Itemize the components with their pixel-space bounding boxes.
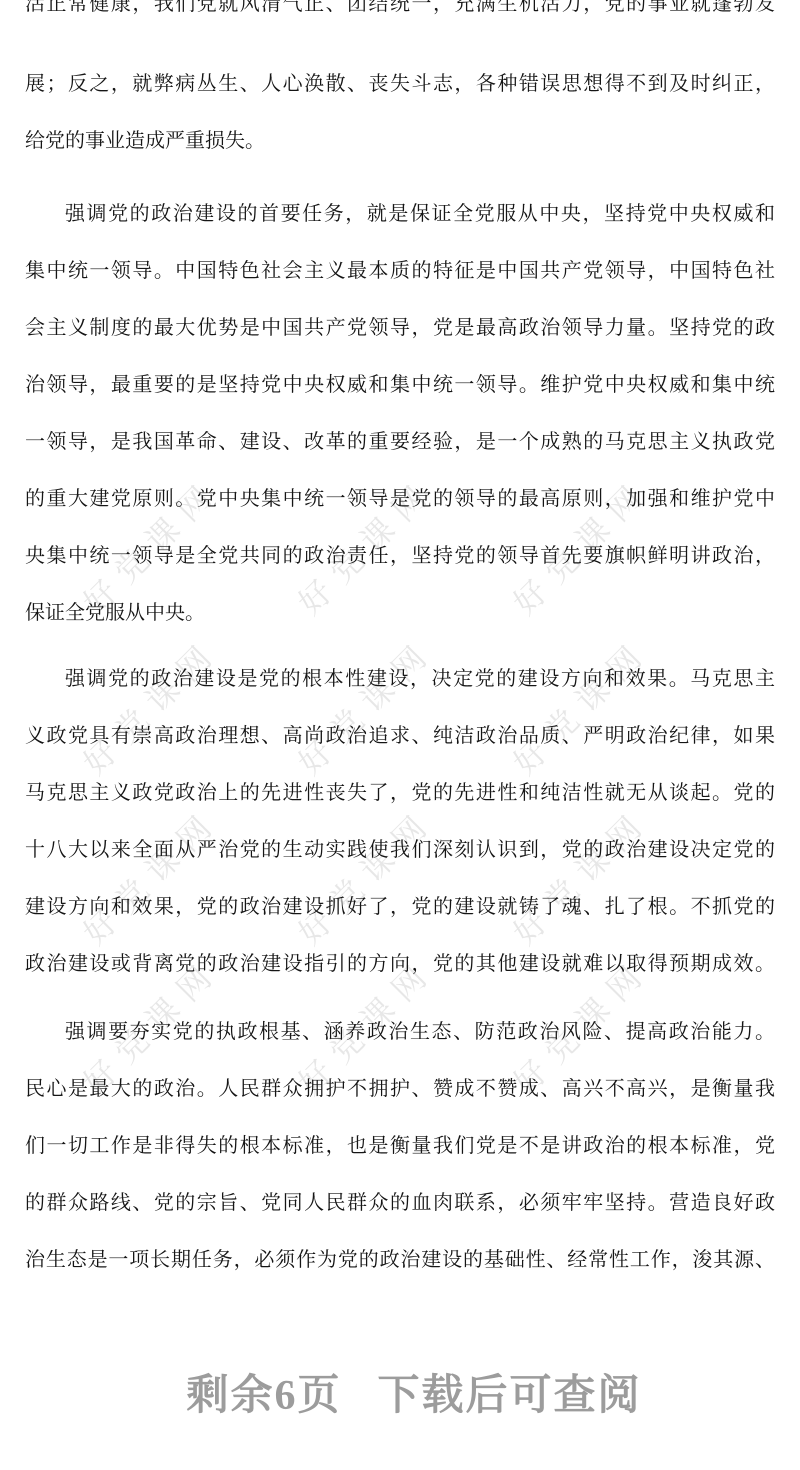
text-line: 强调党的政治建设是党的根本性建设，决定党的建设方向和效果。马克思主 xyxy=(25,651,775,708)
paragraph: 强调党的政治建设的首要任务，就是保证全党服从中央，坚持党中央权威和集中统一领导。… xyxy=(25,186,775,642)
document-page: 好党课网好党课网好党课网好党课网好党课网好党课网好党课网好党课网好党课网好党课网… xyxy=(0,0,800,1470)
text-line: 十八大以来全面从严治党的生动实践使我们深刻认识到，党的政治建设决定党的 xyxy=(25,822,775,879)
text-line: 集中统一领导。中国特色社会主义最本质的特征是中国共产党领导，中国特色社 xyxy=(25,243,775,300)
text-line: 展；反之，就弊病丛生、人心涣散、丧失斗志，各种错误思想得不到及时纠正， xyxy=(25,56,775,113)
text-line: 治领导，最重要的是坚持党中央权威和集中统一领导。维护党中央权威和集中统 xyxy=(25,357,775,414)
text-line: 建设方向和效果，党的政治建设抓好了，党的建设就铸了魂、扎了根。不抓党的 xyxy=(25,879,775,936)
document-text: 活正常健康，我们党就风清气正、团结统一，充满生机活力，党的事业就蓬勃发展；反之，… xyxy=(0,0,800,1470)
text-line: 央集中统一领导是全党共同的政治责任，坚持党的领导首先要旗帜鲜明讲政治， xyxy=(25,528,775,585)
text-line: 们一切工作是非得失的根本标准，也是衡量我们党是不是讲政治的根本标准，党 xyxy=(25,1118,775,1175)
text-line: 一领导，是我国革命、建设、改革的重要经验，是一个成熟的马克思主义执政党 xyxy=(25,414,775,471)
paragraph: 强调要夯实党的执政根基、涵养政治生态、防范政治风险、提高政治能力。民心是最大的政… xyxy=(25,1004,775,1289)
text-line: 政治建设或背离党的政治建设指引的方向，党的其他建设就难以取得预期成效。 xyxy=(25,936,775,993)
text-line: 马克思主义政党政治上的先进性丧失了，党的先进性和纯洁性就无从谈起。党的 xyxy=(25,765,775,822)
text-line: 义政党具有崇高政治理想、高尚政治追求、纯洁政治品质、严明政治纪律，如果 xyxy=(25,708,775,765)
text-line: 保证全党服从中央。 xyxy=(25,585,775,642)
text-line: 活正常健康，我们党就风清气正、团结统一，充满生机活力，党的事业就蓬勃发 xyxy=(25,0,775,14)
text-line: 强调要夯实党的执政根基、涵养政治生态、防范政治风险、提高政治能力。 xyxy=(25,1004,775,1061)
text-line: 的重大建党原则。党中央集中统一领导是党的领导的最高原则，加强和维护党中 xyxy=(25,471,775,528)
paragraph: 强调党的政治建设是党的根本性建设，决定党的建设方向和效果。马克思主义政党具有崇高… xyxy=(25,651,775,993)
paragraph: 展；反之，就弊病丛生、人心涣散、丧失斗志，各种错误思想得不到及时纠正，给党的事业… xyxy=(25,56,775,170)
text-line: 给党的事业造成严重损失。 xyxy=(25,113,775,170)
text-line: 民心是最大的政治。人民群众拥护不拥护、赞成不赞成、高兴不高兴，是衡量我 xyxy=(25,1061,775,1118)
text-line: 强调党的政治建设的首要任务，就是保证全党服从中央，坚持党中央权威和 xyxy=(25,186,775,243)
text-line: 会主义制度的最大优势是中国共产党领导，党是最高政治领导力量。坚持党的政 xyxy=(25,300,775,357)
text-line: 的群众路线、党的宗旨、党同人民群众的血肉联系，必须牢牢坚持。营造良好政 xyxy=(25,1175,775,1232)
clipped-top-line: 活正常健康，我们党就风清气正、团结统一，充满生机活力，党的事业就蓬勃发 xyxy=(25,0,775,17)
text-line: 治生态是一项长期任务，必须作为党的政治建设的基础性、经常性工作，浚其源、 xyxy=(25,1232,775,1289)
